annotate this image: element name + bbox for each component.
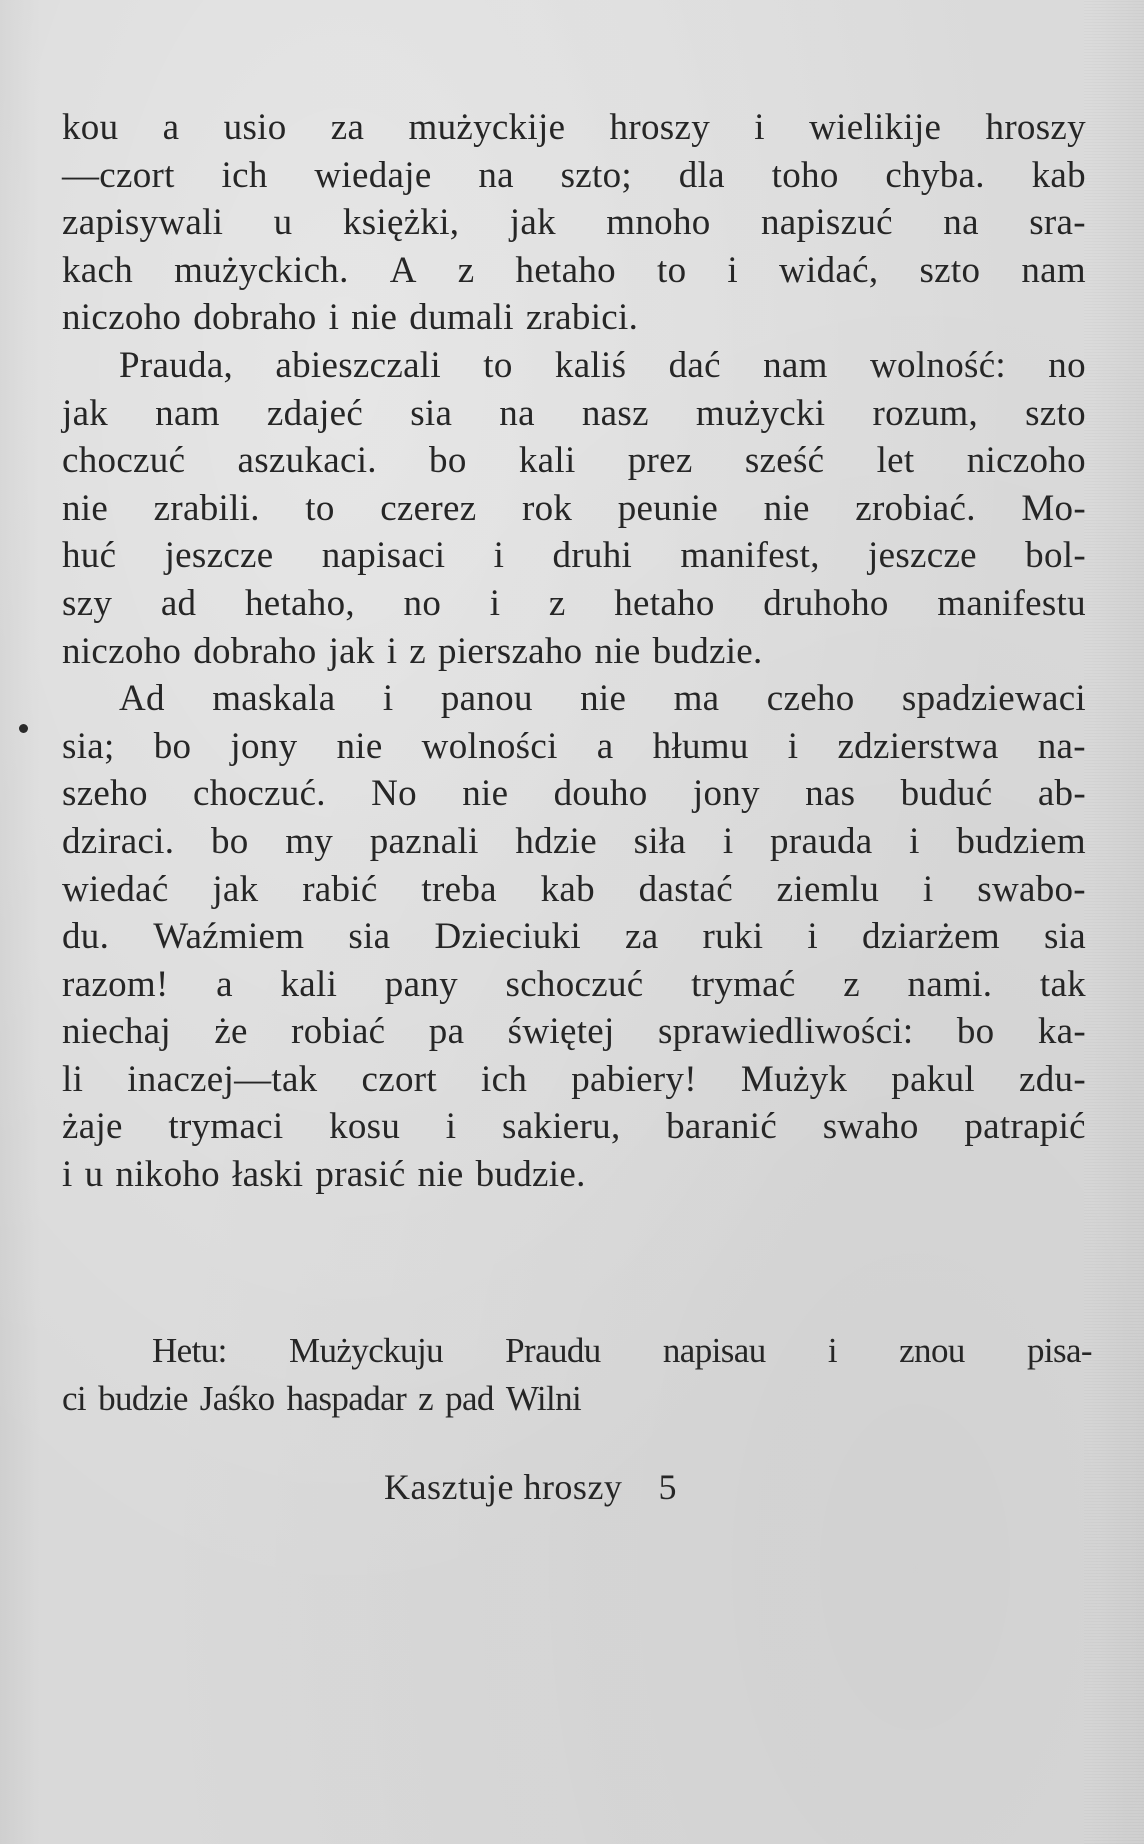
word: nami. bbox=[908, 961, 993, 1009]
word: Wilni bbox=[506, 1375, 581, 1423]
word: schoczuć bbox=[506, 961, 644, 1009]
word: i bbox=[62, 1151, 73, 1199]
word: pabiery! bbox=[571, 1056, 697, 1104]
word: jak bbox=[510, 199, 556, 247]
word: spadziewaci bbox=[902, 675, 1086, 723]
text-line: kouausiozamużyckijehroszyiwielikijehrosz… bbox=[62, 104, 1086, 152]
word: haspadar bbox=[287, 1375, 407, 1423]
word: to bbox=[657, 247, 686, 295]
word: i bbox=[490, 580, 501, 628]
word: bo bbox=[957, 1008, 995, 1056]
word: patrapić bbox=[964, 1103, 1086, 1151]
word: huć bbox=[62, 532, 116, 580]
word: prasić bbox=[315, 1151, 405, 1199]
signature-line: cibudzieJaśkohaspadarzpadWilni bbox=[62, 1375, 1092, 1423]
text-line: żajetrymacikosuisakieru,baranićswahopatr… bbox=[62, 1103, 1086, 1151]
word: ich bbox=[222, 152, 268, 200]
word: paznali bbox=[370, 818, 479, 866]
word: hłumu bbox=[653, 723, 749, 771]
word: Mużyckuju bbox=[289, 1327, 443, 1375]
word: szy bbox=[62, 580, 112, 628]
word: Prauda, bbox=[119, 342, 233, 390]
word: i bbox=[723, 818, 734, 866]
text-line: niczohodobrahoiniedumalizrabici. bbox=[62, 294, 1086, 342]
word: z bbox=[458, 247, 475, 295]
text-line: iunikohołaskiprasićniebudzie. bbox=[62, 1151, 1086, 1199]
word: jak bbox=[329, 628, 375, 676]
word: nie bbox=[418, 1151, 464, 1199]
word: usio bbox=[224, 104, 287, 152]
word: panou bbox=[441, 675, 533, 723]
word: bo bbox=[429, 437, 467, 485]
word: szto bbox=[1025, 390, 1086, 438]
word: napisaci bbox=[322, 532, 446, 580]
word: Mo- bbox=[1021, 485, 1086, 533]
word: zdajeć bbox=[267, 390, 363, 438]
word: pisa- bbox=[1027, 1327, 1092, 1375]
word: na bbox=[943, 199, 979, 247]
word: bo bbox=[211, 818, 249, 866]
word: nie bbox=[62, 485, 108, 533]
word: szto bbox=[919, 247, 980, 295]
word: kali bbox=[519, 437, 576, 485]
word: znou bbox=[899, 1327, 965, 1375]
word: sześć bbox=[745, 437, 825, 485]
text-line: jaknamzdajećsiananaszmużyckirozum,szto bbox=[62, 390, 1086, 438]
word: kali bbox=[281, 961, 338, 1009]
word: niechaj bbox=[62, 1008, 171, 1056]
word: my bbox=[285, 818, 333, 866]
word: Waźmiem bbox=[153, 913, 304, 961]
word: Mużyk bbox=[741, 1056, 847, 1104]
word: wiedać bbox=[62, 866, 169, 914]
word: Dzieciuki bbox=[434, 913, 581, 961]
word: li bbox=[62, 1056, 83, 1104]
word: widać, bbox=[779, 247, 878, 295]
word: a bbox=[163, 104, 180, 152]
scanned-page: kouausiozamużyckijehroszyiwielikijehrosz… bbox=[0, 0, 1144, 1844]
word: że bbox=[214, 1008, 247, 1056]
text-line: choczućaszukaci.bokaliprezsześćletniczoh… bbox=[62, 437, 1086, 485]
word: nie bbox=[462, 770, 508, 818]
word: maskala bbox=[212, 675, 335, 723]
word: du. bbox=[62, 913, 109, 961]
word: sia bbox=[1044, 913, 1086, 961]
word: to bbox=[483, 342, 512, 390]
word: siła bbox=[634, 818, 687, 866]
word: choczuć bbox=[62, 437, 185, 485]
word: dziarżem bbox=[862, 913, 1000, 961]
word: z bbox=[409, 628, 426, 676]
price-line: Kasztuje hroszy5 bbox=[384, 1466, 677, 1508]
word: toho bbox=[772, 152, 839, 200]
word: z bbox=[843, 961, 860, 1009]
word: hroszy bbox=[610, 104, 710, 152]
word: rozum, bbox=[872, 390, 978, 438]
word: kou bbox=[62, 104, 118, 152]
text-line: szyadhetaho,noizhetahodruhohomanifestu bbox=[62, 580, 1086, 628]
word: Praudu bbox=[505, 1327, 601, 1375]
word: mnoho bbox=[606, 199, 710, 247]
word: wolność: bbox=[870, 342, 1006, 390]
word: A bbox=[390, 247, 417, 295]
word: to bbox=[305, 485, 334, 533]
word: pa bbox=[429, 1008, 465, 1056]
word: Ad bbox=[119, 675, 165, 723]
word: ma bbox=[674, 675, 720, 723]
word: trymaci bbox=[168, 1103, 283, 1151]
word: pad bbox=[445, 1375, 494, 1423]
word: wolności bbox=[422, 723, 558, 771]
word: dla bbox=[679, 152, 725, 200]
word: rabić bbox=[302, 866, 377, 914]
word: i bbox=[923, 866, 934, 914]
signature-block: Hetu:MużyckujuPraudunapisauiznoupisa- ci… bbox=[62, 1327, 1092, 1423]
word: abieszczali bbox=[275, 342, 441, 390]
word: a bbox=[597, 723, 614, 771]
word: ich bbox=[481, 1056, 527, 1104]
word: sia; bbox=[62, 723, 115, 771]
word: i bbox=[383, 675, 394, 723]
word: nikoho bbox=[115, 1151, 220, 1199]
word: prez bbox=[628, 437, 693, 485]
word: bol- bbox=[1025, 532, 1086, 580]
word: zrabili. bbox=[154, 485, 260, 533]
word: jeszcze bbox=[165, 532, 274, 580]
word: budzie. bbox=[476, 1151, 586, 1199]
word: nam bbox=[763, 342, 828, 390]
text-line: du.WaźmiemsiaDzieciukizarukiidziarżemsia bbox=[62, 913, 1086, 961]
word: żaje bbox=[62, 1103, 123, 1151]
text-line: zapisywaliuksiężki,jakmnohonapiszućnasra… bbox=[62, 199, 1086, 247]
word: sia bbox=[348, 913, 390, 961]
word: wiedaje bbox=[314, 152, 431, 200]
word: na- bbox=[1038, 723, 1086, 771]
word: budzie. bbox=[653, 628, 763, 676]
word: swabo- bbox=[977, 866, 1086, 914]
word: rok bbox=[522, 485, 572, 533]
word: mużycki bbox=[696, 390, 826, 438]
word: czerez bbox=[380, 485, 476, 533]
word: na bbox=[478, 152, 514, 200]
word: ziemlu bbox=[777, 866, 879, 914]
word: świętej bbox=[508, 1008, 615, 1056]
word: i bbox=[446, 1103, 457, 1151]
word: wielikije bbox=[809, 104, 941, 152]
word: czeho bbox=[767, 675, 855, 723]
word: dastać bbox=[639, 866, 733, 914]
word: sakieru, bbox=[502, 1103, 621, 1151]
word: prauda bbox=[770, 818, 872, 866]
word: i bbox=[788, 723, 799, 771]
word: manifest, bbox=[680, 532, 819, 580]
text-line: razom!akalipanyschoczućtrymaćznami.tak bbox=[62, 961, 1086, 1009]
word: pierszaho bbox=[438, 628, 582, 676]
word: bo bbox=[154, 723, 192, 771]
word: za bbox=[331, 104, 364, 152]
word: niczoho bbox=[62, 628, 181, 676]
word: buduć bbox=[901, 770, 993, 818]
word: sra- bbox=[1029, 199, 1086, 247]
word: mużyckije bbox=[408, 104, 565, 152]
paragraph-start-line: Admaskalaipanouniemaczehospadziewaci bbox=[62, 675, 1086, 723]
word: tak bbox=[1040, 961, 1086, 1009]
word: hetaho bbox=[516, 247, 616, 295]
word: a bbox=[216, 961, 233, 1009]
word: kach bbox=[62, 247, 133, 295]
word: choczuć. bbox=[193, 770, 326, 818]
word: ad bbox=[161, 580, 197, 628]
word: nasz bbox=[582, 390, 649, 438]
word: sia bbox=[410, 390, 452, 438]
price-label: Kasztuje hroszy bbox=[384, 1467, 622, 1507]
word: jak bbox=[62, 390, 108, 438]
word: dobraho bbox=[193, 294, 316, 342]
word: i bbox=[329, 294, 340, 342]
word: No bbox=[371, 770, 417, 818]
word: na bbox=[499, 390, 535, 438]
word: douho bbox=[554, 770, 648, 818]
word: za bbox=[625, 913, 658, 961]
word: napisau bbox=[663, 1327, 766, 1375]
word: nie bbox=[580, 675, 626, 723]
word: nas bbox=[805, 770, 855, 818]
word: zapisywali bbox=[62, 199, 223, 247]
word: ka- bbox=[1038, 1008, 1086, 1056]
text-line: hućjeszczenapisaciidruhimanifest,jeszcze… bbox=[62, 532, 1086, 580]
word: i bbox=[828, 1327, 837, 1375]
word: Hetu: bbox=[152, 1327, 227, 1375]
word: jony bbox=[230, 723, 297, 771]
word: mużyckich. bbox=[174, 247, 349, 295]
word: łaski bbox=[232, 1151, 303, 1199]
text-line: niechajżerobiaćpaświętejsprawiedliwości:… bbox=[62, 1008, 1086, 1056]
word: jak bbox=[212, 866, 258, 914]
word: z bbox=[418, 1375, 433, 1423]
word: Jaśko bbox=[200, 1375, 275, 1423]
paragraph-start-line: Prauda,abieszczalitokaliśdaćnamwolność:n… bbox=[62, 342, 1086, 390]
word: inaczej—tak bbox=[127, 1056, 317, 1104]
body-text: kouausiozamużyckijehroszyiwielikijehrosz… bbox=[62, 104, 1086, 1199]
word: swaho bbox=[823, 1103, 919, 1151]
word: druhoho bbox=[763, 580, 888, 628]
word: treba bbox=[421, 866, 496, 914]
word: szto; bbox=[561, 152, 632, 200]
word: nie bbox=[351, 294, 397, 342]
word: hetaho, bbox=[245, 580, 355, 628]
word: czort bbox=[362, 1056, 437, 1104]
word: razom! bbox=[62, 961, 169, 1009]
text-line: —czortichwiedajenaszto;dlatohochyba.kab bbox=[62, 152, 1086, 200]
word: kab bbox=[541, 866, 595, 914]
word: ci bbox=[62, 1375, 86, 1423]
word: sprawiedliwości: bbox=[658, 1008, 914, 1056]
word: szeho bbox=[62, 770, 148, 818]
word: nie bbox=[594, 628, 640, 676]
word: no bbox=[1048, 342, 1086, 390]
word: u bbox=[274, 199, 293, 247]
word: let bbox=[877, 437, 915, 485]
text-line: dziraci.bomypaznalihdziesiłaipraudaibudz… bbox=[62, 818, 1086, 866]
word: manifestu bbox=[937, 580, 1086, 628]
margin-bullet-mark bbox=[19, 724, 28, 733]
text-line: liinaczej—takczortichpabiery!Mużykpakulz… bbox=[62, 1056, 1086, 1104]
word: niczoho bbox=[62, 294, 181, 342]
word: dać bbox=[669, 342, 721, 390]
word: i bbox=[494, 532, 505, 580]
text-line: wiedaćjakrabićtrebakabdastaćziemluiswabo… bbox=[62, 866, 1086, 914]
word: zdu- bbox=[1019, 1056, 1086, 1104]
word: zdzierstwa bbox=[837, 723, 998, 771]
word: trymać bbox=[691, 961, 796, 1009]
word: hetaho bbox=[614, 580, 714, 628]
word: no bbox=[404, 580, 442, 628]
word: i bbox=[727, 247, 738, 295]
word: aszukaci. bbox=[238, 437, 377, 485]
word: ruki bbox=[702, 913, 763, 961]
word: zrabici. bbox=[526, 294, 638, 342]
word: z bbox=[549, 580, 566, 628]
word: ab- bbox=[1038, 770, 1086, 818]
word: nie bbox=[764, 485, 810, 533]
word: i bbox=[807, 913, 818, 961]
word: druhi bbox=[553, 532, 633, 580]
word: —czort bbox=[62, 152, 175, 200]
word: jony bbox=[693, 770, 760, 818]
word: dumali bbox=[409, 294, 514, 342]
text-line: kachmużyckich.Azhetahotoiwidać,sztonam bbox=[62, 247, 1086, 295]
word: jeszcze bbox=[868, 532, 977, 580]
text-line: szehochoczuć.Noniedouhojonynasbudućab- bbox=[62, 770, 1086, 818]
word: budzie bbox=[98, 1375, 188, 1423]
word: u bbox=[85, 1151, 104, 1199]
word: księżki, bbox=[343, 199, 459, 247]
page-edge bbox=[1084, 0, 1144, 1844]
word: i bbox=[754, 104, 765, 152]
word: kaliś bbox=[555, 342, 626, 390]
text-line: sia;bojonyniewolnościahłumuizdzierstwana… bbox=[62, 723, 1086, 771]
word: nie bbox=[336, 723, 382, 771]
word: niczoho bbox=[967, 437, 1086, 485]
word: dobraho bbox=[193, 628, 316, 676]
word: baranić bbox=[666, 1103, 777, 1151]
word: budziem bbox=[956, 818, 1086, 866]
word: hroszy bbox=[986, 104, 1086, 152]
word: kab bbox=[1032, 152, 1086, 200]
word: pakul bbox=[891, 1056, 975, 1104]
text-line: niczohodobrahojakizpierszahoniebudzie. bbox=[62, 628, 1086, 676]
word: chyba. bbox=[885, 152, 984, 200]
word: i bbox=[387, 628, 398, 676]
word: kosu bbox=[329, 1103, 400, 1151]
price-amount: 5 bbox=[658, 1467, 677, 1507]
word: dziraci. bbox=[62, 818, 174, 866]
word: robiać bbox=[291, 1008, 385, 1056]
word: i bbox=[909, 818, 920, 866]
word: peunie bbox=[618, 485, 718, 533]
word: nam bbox=[1021, 247, 1086, 295]
word: hdzie bbox=[515, 818, 597, 866]
word: napiszuć bbox=[761, 199, 893, 247]
text-line: niezrabili.toczerezrokpeunieniezrobiać.M… bbox=[62, 485, 1086, 533]
word: pany bbox=[385, 961, 458, 1009]
word: zrobiać. bbox=[855, 485, 976, 533]
signature-line: Hetu:MużyckujuPraudunapisauiznoupisa- bbox=[62, 1327, 1092, 1375]
word: nam bbox=[155, 390, 220, 438]
